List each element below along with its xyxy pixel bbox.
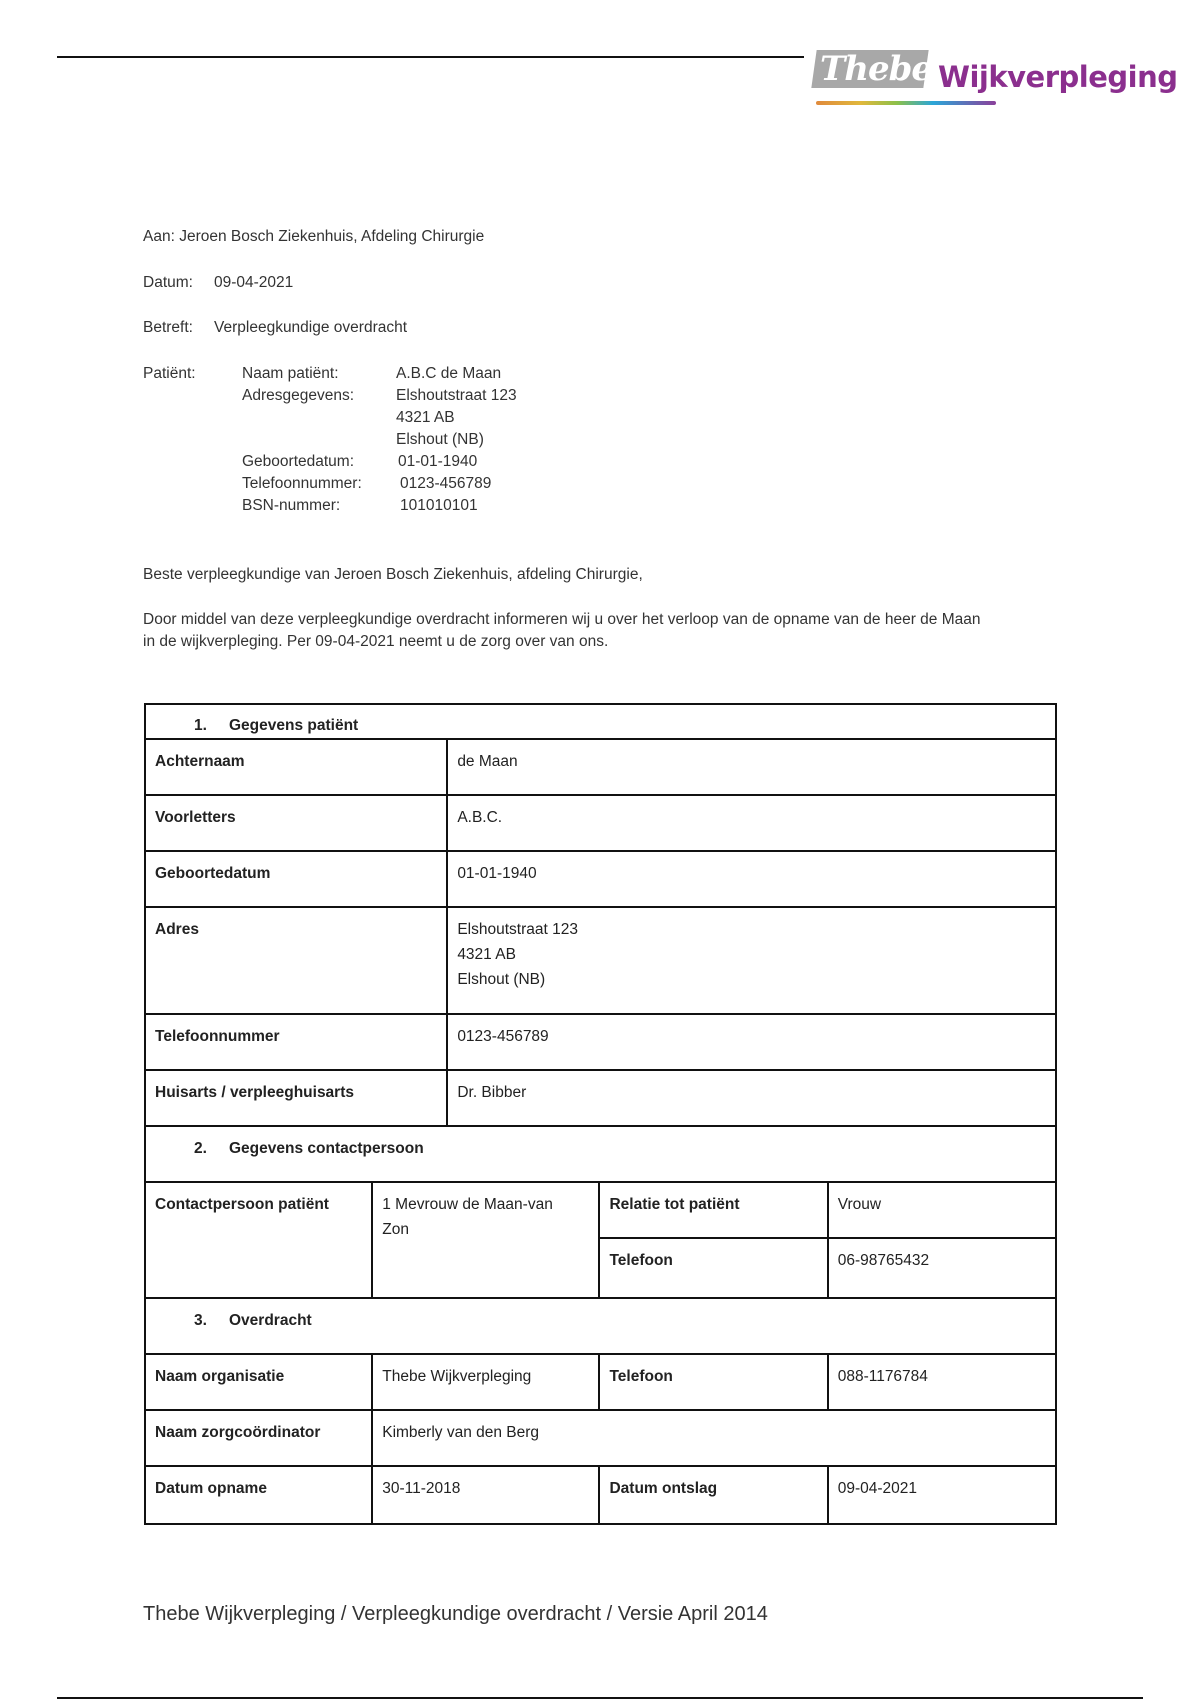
row-label: Voorletters: [145, 795, 447, 851]
logo-mark: Thebe: [811, 50, 928, 88]
date-value: 09-04-2021: [214, 274, 293, 291]
subject-value: Verpleegkundige overdracht: [214, 319, 407, 336]
table-row: Naam zorgcoördinator Kimberly van den Be…: [145, 1410, 1056, 1466]
row-value: Dr. Bibber: [447, 1070, 1056, 1126]
address-city: Elshout (NB): [457, 967, 1046, 992]
birthdate-value: 01-01-1940: [398, 453, 477, 471]
org-phone-value: 088-1176784: [828, 1354, 1056, 1410]
discharge-date-value: 09-04-2021: [828, 1466, 1056, 1524]
section-header-contact: 2.Gegevens contactpersoon: [145, 1126, 1056, 1182]
section-title: Gegevens contactpersoon: [229, 1140, 424, 1157]
table-row: Geboortedatum 01-01-1940: [145, 851, 1056, 907]
patient-label: Patiënt:: [143, 365, 196, 383]
row-value: 0123-456789: [447, 1014, 1056, 1070]
table-row: Contactpersoon patiënt 1 Mevrouw de Maan…: [145, 1182, 1056, 1238]
table-row: Achternaam de Maan: [145, 739, 1056, 795]
addressee-label: Aan:: [143, 228, 175, 245]
address-city: Elshout (NB): [396, 431, 484, 449]
page-footer: Thebe Wijkverpleging / Verpleegkundige o…: [143, 1603, 768, 1626]
section-number: 1.: [194, 713, 229, 738]
subject-line: Betreft:Verpleegkundige overdracht: [143, 319, 407, 337]
table-row: Adres Elshoutstraat 123 4321 AB Elshout …: [145, 907, 1056, 1014]
coordinator-label: Naam zorgcoördinator: [145, 1410, 372, 1466]
row-value: de Maan: [447, 739, 1056, 795]
section-number: 2.: [194, 1136, 229, 1161]
bsn-label: BSN-nummer:: [242, 497, 340, 515]
org-label: Naam organisatie: [145, 1354, 372, 1410]
row-label: Huisarts / verpleeghuisarts: [145, 1070, 447, 1126]
footer-rule: [57, 1697, 1143, 1699]
contact-label: Contactpersoon patiënt: [145, 1182, 372, 1298]
relation-value: Vrouw: [828, 1182, 1056, 1238]
phone-label: Telefoonnummer:: [242, 475, 362, 493]
subject-label: Betreft:: [143, 319, 214, 337]
section-title: Gegevens patiënt: [229, 717, 358, 734]
contact-phone-label: Telefoon: [599, 1238, 827, 1298]
logo-color-bar: [816, 101, 996, 105]
row-value: 01-01-1940: [447, 851, 1056, 907]
address-street: Elshoutstraat 123: [396, 387, 517, 405]
contact-phone-value: 06-98765432: [828, 1238, 1056, 1298]
body-line-2: in de wijkverpleging. Per 09-04-2021 nee…: [143, 633, 608, 651]
body-line-1: Door middel van deze verpleegkundige ove…: [143, 611, 981, 629]
discharge-date-label: Datum ontslag: [599, 1466, 827, 1524]
row-label: Adres: [145, 907, 447, 1014]
address-street: Elshoutstraat 123: [457, 917, 1046, 942]
contact-value-line: 1 Mevrouw de Maan-van: [382, 1192, 589, 1217]
table-row: Huisarts / verpleeghuisarts Dr. Bibber: [145, 1070, 1056, 1126]
salutation: Beste verpleegkundige van Jeroen Bosch Z…: [143, 566, 643, 584]
relation-label: Relatie tot patiënt: [599, 1182, 827, 1238]
section-header-transfer: 3.Overdracht: [145, 1298, 1056, 1354]
handover-table: 1.Gegevens patiënt Achternaam de Maan Vo…: [144, 703, 1057, 1525]
date-label: Datum:: [143, 274, 214, 292]
table-row: Telefoonnummer 0123-456789: [145, 1014, 1056, 1070]
logo-word: Thebe: [814, 50, 926, 88]
section-header-patient: 1.Gegevens patiënt: [145, 704, 1056, 739]
header-rule: [57, 56, 804, 58]
addressee-line: Aan: Jeroen Bosch Ziekenhuis, Afdeling C…: [143, 228, 484, 246]
patient-name-label: Naam patiënt:: [242, 365, 339, 383]
table-row: Naam organisatie Thebe Wijkverpleging Te…: [145, 1354, 1056, 1410]
row-value-address: Elshoutstraat 123 4321 AB Elshout (NB): [447, 907, 1056, 1014]
phone-value: 0123-456789: [400, 475, 491, 493]
bsn-value: 101010101: [400, 497, 478, 515]
section-title: Overdracht: [229, 1312, 312, 1329]
address-label: Adresgegevens:: [242, 387, 354, 405]
contact-value: 1 Mevrouw de Maan-van Zon: [372, 1182, 599, 1298]
org-value: Thebe Wijkverpleging: [372, 1354, 599, 1410]
table-row: Voorletters A.B.C.: [145, 795, 1056, 851]
row-label: Geboortedatum: [145, 851, 447, 907]
logo-tagline: Wijkverpleging: [938, 60, 1178, 94]
coordinator-value: Kimberly van den Berg: [372, 1410, 1056, 1466]
birthdate-label: Geboortedatum:: [242, 453, 354, 471]
admission-date-label: Datum opname: [145, 1466, 372, 1524]
patient-name-value: A.B.C de Maan: [396, 365, 501, 383]
contact-value-line: Zon: [382, 1217, 589, 1242]
address-postcode: 4321 AB: [457, 942, 1046, 967]
address-postcode: 4321 AB: [396, 409, 455, 427]
section-number: 3.: [194, 1308, 229, 1333]
date-line: Datum:09-04-2021: [143, 274, 293, 292]
row-value: A.B.C.: [447, 795, 1056, 851]
table-row: Datum opname 30-11-2018 Datum ontslag 09…: [145, 1466, 1056, 1524]
row-label: Achternaam: [145, 739, 447, 795]
addressee-value: Jeroen Bosch Ziekenhuis, Afdeling Chirur…: [179, 228, 484, 245]
org-phone-label: Telefoon: [599, 1354, 827, 1410]
thebe-logo: Thebe Wijkverpleging: [814, 48, 1144, 108]
row-label: Telefoonnummer: [145, 1014, 447, 1070]
admission-date-value: 30-11-2018: [372, 1466, 599, 1524]
